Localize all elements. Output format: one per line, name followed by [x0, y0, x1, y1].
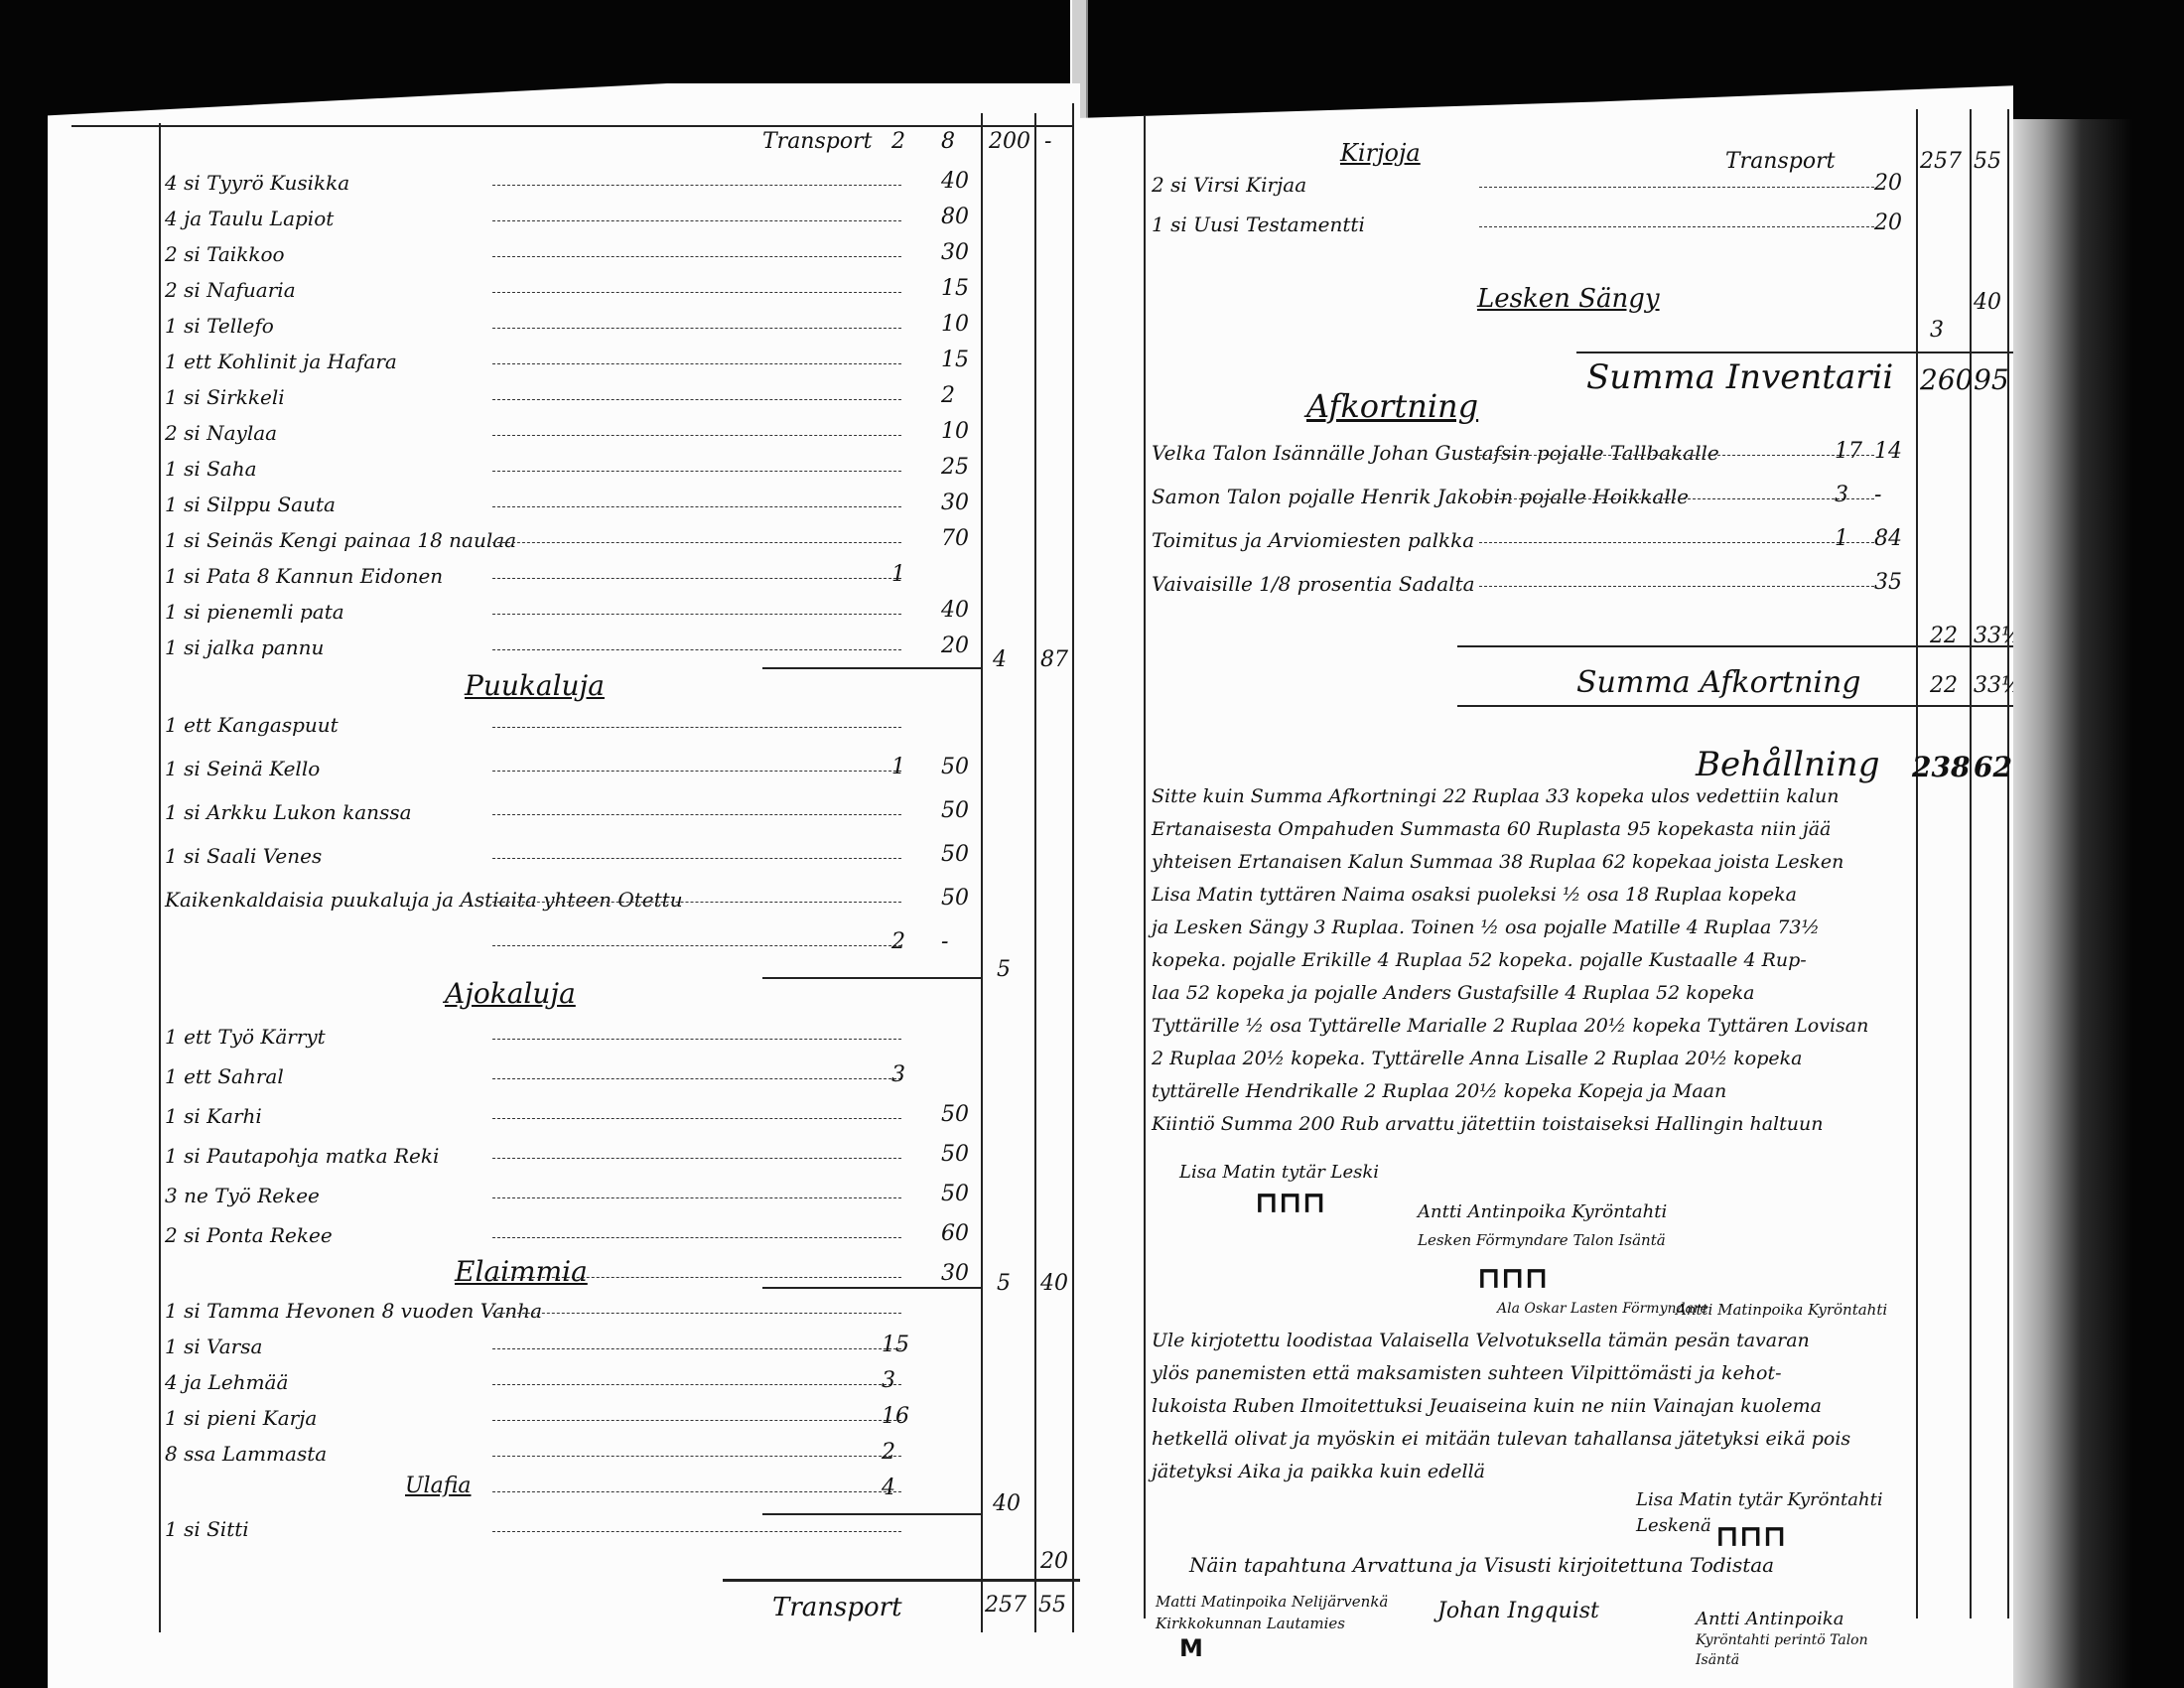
item-label: 4 si Tyyrö Kusikka [165, 171, 349, 195]
appraiser-1-line-1: Matti Matinpoika Nelijärvenkä [1156, 1593, 1388, 1611]
item-label: 1 ett Sahral [165, 1064, 284, 1088]
signature-guardian-1: Antti Antinpoika Kyröntahti [1418, 1201, 1667, 1222]
item-kop: - [941, 929, 948, 954]
item-label: Kaikenkaldaisia puukaluja ja Astiaita yh… [165, 888, 683, 912]
ledger-row: 2 si Ponta Rekee60 [165, 1219, 981, 1253]
leader-line [492, 1237, 901, 1238]
leader-line [492, 649, 901, 650]
item-kop: 2 [941, 383, 955, 408]
ledger-row: 4 si Tyyrö Kusikka40 [165, 167, 981, 201]
ledger-row: 1 si pieni Karja16 [165, 1402, 981, 1436]
section-heading-elaimmia: Elaimmia [455, 1255, 588, 1288]
item-label: 1 si Pata 8 Kannun Eidonen [165, 564, 443, 588]
text-line: Lisa Matin tyttären Naima osaksi puoleks… [1152, 879, 2005, 912]
margin-rule [159, 123, 161, 1632]
top-rule [71, 125, 1074, 127]
ledger-row: 2- [165, 927, 981, 961]
ledger-row: 2 si Virsi Kirjaa20 [1152, 169, 1914, 203]
item-rubla: 15 [882, 1333, 909, 1357]
summa-inventarii-rubla: 260 [1920, 363, 1973, 396]
page-edge-shadow [2013, 119, 2184, 1688]
subtotal-rule [762, 977, 981, 979]
section-heading-ulafia: Ulafia [405, 1474, 471, 1498]
leader-line [492, 771, 901, 772]
ledger-row: 1 ett Työ Kärryt [165, 1021, 981, 1055]
ledger-row: Kaikenkaldaisia puukaluja ja Astiaita yh… [165, 884, 981, 917]
ledger-row: 1 si Karhi50 [165, 1100, 981, 1134]
ledger-row: Vaivaisille 1/8 prosentia Sadalta35 [1152, 568, 1914, 602]
item-label: 1 ett Kohlinit ja Hafara [165, 350, 397, 373]
item-label: 1 si Tamma Hevonen 8 vuoden Vanha [165, 1299, 542, 1323]
item-label: 1 si Karhi [165, 1104, 262, 1128]
item-kop: 14 [1874, 439, 1902, 464]
cross-mark-widow: ⊓⊓⊓ [1255, 1186, 1326, 1220]
item-rubla: 4 [882, 1476, 895, 1500]
subtotal-rule [762, 667, 981, 669]
text-line: laa 52 kopeka ja pojalle Anders Gustafsi… [1152, 977, 2005, 1010]
leader-line [492, 858, 901, 859]
leader-line [492, 1348, 901, 1349]
leader-line [492, 185, 901, 186]
item-rubla: 3 [891, 1062, 905, 1087]
leader-line [492, 727, 901, 728]
item-label: 1 si pieni Karja [165, 1406, 317, 1430]
leader-line [492, 1420, 901, 1421]
item-label: Samon Talon pojalle Henrik Jakobin pojal… [1152, 485, 1689, 508]
item-label: 1 si Varsa [165, 1335, 262, 1358]
outer-rule [1072, 103, 1074, 1632]
books-subtotal-kop: 40 [1974, 290, 2001, 315]
text-line: Ertanaisesta Ompahuden Summasta 60 Rupla… [1152, 813, 2005, 846]
afkortning-heading: Afkortning [1306, 387, 1478, 425]
left-page: Transport 2 8 200 - 4 si Tyyrö Kusikka40… [48, 83, 1080, 1688]
ledger-row: 1 si Sitti [165, 1513, 981, 1547]
item-label: 2 si Virsi Kirjaa [1152, 173, 1306, 197]
leader-line [1479, 542, 1874, 543]
text-line: Sitte kuin Summa Afkortningi 22 Ruplaa 3… [1152, 780, 2005, 813]
ledger-row: 1 ett Kangaspuut [165, 709, 981, 743]
ledger-row: 1 si Uusi Testamentti20 [1152, 209, 1914, 242]
item-rubla: 3 [1835, 483, 1848, 507]
distribution-paragraph: Sitte kuin Summa Afkortningi 22 Ruplaa 3… [1152, 780, 2005, 1141]
leader-line [492, 292, 901, 293]
leader-line [492, 814, 901, 815]
leader-line [492, 1118, 901, 1119]
afkortning-subtotal-rubla: 22 [1930, 624, 1958, 648]
item-label: 1 si Silppu Sauta [165, 492, 336, 516]
item-kop: 10 [941, 312, 969, 337]
ledger-row: 1 si Seinäs Kengi painaa 18 naulaa70 [165, 524, 981, 558]
item-rubla: 2 [891, 929, 905, 954]
item-kop: 30 [941, 1261, 969, 1286]
kopek-column-rule [1034, 113, 1036, 1632]
leader-line [492, 328, 901, 329]
subtotal-2-rubla: 5 [997, 957, 1011, 982]
item-label: 8 ssa Lammasta [165, 1442, 327, 1466]
item-rubla: 2 [882, 1440, 895, 1465]
leader-line [492, 1197, 901, 1198]
ledger-row: 1 si jalka pannu20 [165, 632, 981, 665]
item-label: 4 ja Taulu Lapiot [165, 207, 334, 230]
margin-rule [1144, 109, 1146, 1618]
leader-line [492, 1078, 901, 1079]
leader-line [492, 1531, 901, 1532]
item-kop: 50 [941, 755, 969, 779]
total-rule [1457, 705, 2013, 707]
ledger-row: 1 si Silppu Sauta30 [165, 489, 981, 522]
item-label: Velka Talon Isännälle Johan Gustafsin po… [1152, 441, 1719, 465]
item-label: 1 ett Kangaspuut [165, 713, 339, 737]
item-label: 1 si pienemli pata [165, 600, 344, 624]
ledger-row: 1 si Varsa15 [165, 1331, 981, 1364]
item-label: Toimitus ja Arviomiesten palkka [1152, 528, 1474, 552]
ledger-row: 1 si Sirkkeli2 [165, 381, 981, 415]
leader-line [492, 945, 901, 946]
item-rubla: 1 [891, 562, 905, 587]
ledger-row: 1 si pienemli pata40 [165, 596, 981, 630]
item-label: 1 ett Työ Kärryt [165, 1025, 326, 1049]
item-kop: 50 [941, 1182, 969, 1206]
behallning-kop: 62 [1974, 751, 2012, 783]
item-label: Vaivaisille 1/8 prosentia Sadalta [1152, 572, 1475, 596]
item-rubla: 17 [1835, 439, 1862, 464]
ledger-row: 3 ne Työ Rekee50 [165, 1180, 981, 1213]
item-label: 3 ne Työ Rekee [165, 1184, 320, 1207]
text-line: 2 Ruplaa 20½ kopeka. Tyttärelle Anna Lis… [1152, 1043, 2005, 1075]
item-label: 1 si Sitti [165, 1517, 249, 1541]
item-label: 1 si Pautapohja matka Reki [165, 1144, 439, 1168]
clerk-signature: Johan Ingquist [1437, 1599, 1599, 1623]
summa-afkortning-label: Summa Afkortning [1576, 665, 1861, 700]
signature-widow: Lisa Matin tytär Leski [1179, 1162, 1379, 1183]
leader-line [492, 1384, 901, 1385]
ledger-row: 4 ja Taulu Lapiot80 [165, 203, 981, 236]
ledger-row: 2 si Nafuaria15 [165, 274, 981, 308]
text-line: Ule kirjotettu loodistaa Valaisella Velv… [1152, 1325, 2005, 1357]
leader-line [492, 506, 901, 507]
appraiser-1-line-2: Kirkkokunnan Lautamies [1156, 1615, 1345, 1632]
behallning-rubla: 238 [1912, 751, 1970, 783]
item-kop: 80 [941, 205, 969, 229]
transport-kop: 55 [1974, 149, 2001, 174]
item-kop: 30 [941, 240, 969, 265]
item-label: 1 si Saha [165, 457, 257, 481]
leader-line [492, 1456, 901, 1457]
outer-rule [2007, 109, 2009, 1618]
summa-inventarii-kop: 95 [1974, 363, 2009, 396]
summa-inventarii-label: Summa Inventarii [1586, 357, 1893, 397]
leader-line [492, 542, 901, 543]
text-line: tyttärelle Hendrikalle 2 Ruplaa 20½ kope… [1152, 1075, 2005, 1108]
item-label: 1 si Seinäs Kengi painaa 18 naulaa [165, 528, 516, 552]
leader-line [492, 578, 901, 579]
leader-line [492, 1313, 901, 1314]
item-label: 1 si jalka pannu [165, 635, 324, 659]
subtotal-4-rubla: 40 [993, 1491, 1021, 1516]
item-label: 2 si Taikkoo [165, 242, 285, 266]
ledger-row: 1 si Saali Venes50 [165, 840, 981, 874]
item-kop: 15 [941, 348, 969, 372]
right-page: Kirjoja Transport 257 55 2 si Virsi Kirj… [1080, 70, 2013, 1688]
item-label: 2 si Naylaa [165, 421, 277, 445]
ledger-row: 1 si Pautapohja matka Reki50 [165, 1140, 981, 1174]
item-kop: 40 [941, 598, 969, 623]
appraiser-2-line-1: Antti Antinpoika [1696, 1609, 1843, 1629]
ledger-row: Samon Talon pojalle Henrik Jakobin pojal… [1152, 481, 1914, 514]
ledger-row: 1 si Pata 8 Kannun Eidonen1 [165, 560, 981, 594]
item-rubla: 1 [891, 755, 905, 779]
item-kop: 84 [1874, 526, 1902, 551]
section-heading-kirjoja: Kirjoja [1340, 139, 1421, 167]
ledger-row: 1 si Seinä Kello150 [165, 753, 981, 786]
cross-mark-widow-2: ⊓⊓⊓ [1715, 1519, 1787, 1554]
item-kop: 70 [941, 526, 969, 551]
text-line: Tyttärille ½ osa Tyttärelle Marialle 2 R… [1152, 1010, 2005, 1043]
item-label: 2 si Nafuaria [165, 278, 296, 302]
item-label: 1 si Seinä Kello [165, 757, 320, 780]
behallning-label: Behållning [1696, 745, 1879, 784]
ledger-row: Toimitus ja Arviomiesten palkka184 [1152, 524, 1914, 558]
item-kop: 30 [941, 491, 969, 515]
text-line: ylös panemisten että maksamisten suhteen… [1152, 1357, 2005, 1390]
item-kop: 20 [941, 633, 969, 658]
leader-line [1479, 498, 1874, 499]
item-kop: 60 [941, 1221, 969, 1246]
section-heading-ajokaluja: Ajokaluja [445, 977, 576, 1010]
item-kop: 50 [941, 1142, 969, 1167]
ledger-row: 2 si Taikkoo30 [165, 238, 981, 272]
item-label: 4 ja Lehmää [165, 1370, 288, 1394]
rubla-column-rule [981, 113, 983, 1632]
leader-line [492, 256, 901, 257]
item-rubla: 3 [882, 1368, 895, 1393]
signature-guardian-2: Lesken Förmyndare Talon Isäntä [1418, 1231, 1666, 1249]
ledger-row: Velka Talon Isännälle Johan Gustafsin po… [1152, 437, 1914, 471]
item-label: 1 si Tellefo [165, 314, 274, 338]
summa-afkortning-rubla: 22 [1930, 673, 1958, 698]
leader-line [492, 614, 901, 615]
declaration-paragraph: Ule kirjotettu loodistaa Valaisella Velv… [1152, 1301, 2005, 1488]
ledger-row: 1 si Tellefo10 [165, 310, 981, 344]
subtotal-3-kop: 40 [1040, 1271, 1068, 1296]
leader-line [492, 363, 901, 364]
appraiser-2-line-2: Kyröntahti perintö Talon [1696, 1632, 1868, 1648]
widow-bed-rubla: 3 [1930, 318, 1944, 343]
item-kop: 20 [1874, 211, 1902, 235]
item-kop: 25 [941, 455, 969, 480]
item-label: 2 si Ponta Rekee [165, 1223, 333, 1247]
item-kop: 50 [941, 798, 969, 823]
item-kop: - [1874, 483, 1881, 507]
item-label: 1 si Saali Venes [165, 844, 322, 868]
item-kop: 40 [941, 169, 969, 194]
cross-mark-guardian: ⊓⊓⊓ [1477, 1261, 1549, 1296]
ledger-row: 1 si Arkku Lukon kanssa50 [165, 796, 981, 830]
item-label: 1 si Uusi Testamentti [1152, 212, 1365, 236]
ledger-row: 4 [165, 1474, 981, 1507]
signature-widow-2-line-2: Leskenä [1636, 1515, 1711, 1536]
leader-line [492, 1158, 901, 1159]
item-rubla: 16 [882, 1404, 909, 1429]
appraiser-1-mark: M [1179, 1634, 1203, 1662]
text-line: yhteisen Ertanaisen Kalun Summaa 38 Rupl… [1152, 846, 2005, 879]
ledger-row: 4 ja Lehmää3 [165, 1366, 981, 1400]
attestation-line: Näin tapahtuna Arvattuna ja Visusti kirj… [1189, 1553, 1774, 1577]
total-rule [1576, 352, 2013, 353]
ledger-row: 8 ssa Lammasta2 [165, 1438, 981, 1472]
text-line: lukoista Ruben Ilmoitettuksi Jeuaiseina … [1152, 1390, 2005, 1423]
text-line: hetkellä olivat ja myöskin ei mitään tul… [1152, 1423, 2005, 1456]
leader-line [492, 1039, 901, 1040]
leader-line [492, 471, 901, 472]
leader-line [1479, 187, 1874, 188]
ledger-row: 1 ett Kohlinit ja Hafara15 [165, 346, 981, 379]
leader-line [492, 435, 901, 436]
leader-line [1479, 455, 1874, 456]
text-line: kopeka. pojalle Erikille 4 Ruplaa 52 kop… [1152, 944, 2005, 977]
item-kop: 10 [941, 419, 969, 444]
subtotal-3-rubla: 5 [997, 1271, 1011, 1296]
item-kop: 15 [941, 276, 969, 301]
text-line: jätetyksi Aika ja paikka kuin edellä [1152, 1456, 2005, 1488]
subtotal-1-kop: 87 [1040, 647, 1068, 672]
appraiser-2-line-3: Isäntä [1696, 1652, 1739, 1668]
item-label: 1 si Arkku Lukon kanssa [165, 800, 412, 824]
ledger-row: 1 ett Sahral3 [165, 1060, 981, 1094]
item-kop: 35 [1874, 570, 1902, 595]
item-label: 1 si Sirkkeli [165, 385, 285, 409]
leader-line [492, 1491, 901, 1492]
leader-line [1479, 226, 1874, 227]
subtotal-rule [762, 1287, 981, 1289]
text-line: Kiintiö Summa 200 Rub arvattu jätettiin … [1152, 1108, 2005, 1141]
ledger-row: 2 si Naylaa10 [165, 417, 981, 451]
leader-line [1479, 586, 1874, 587]
item-rubla: 1 [1835, 526, 1848, 551]
item-kop: 20 [1874, 171, 1902, 196]
subtotal-1-rubla: 4 [993, 647, 1007, 672]
total-rule [723, 1579, 1080, 1582]
signature-widow-2-line-1: Lisa Matin tytär Kyröntahti [1636, 1489, 1883, 1510]
widow-bed-label: Lesken Sängy [1477, 284, 1660, 314]
text-line: ja Lesken Sängy 3 Ruplaa. Toinen ½ osa p… [1152, 912, 2005, 944]
section-heading-puukaluja: Puukaluja [465, 669, 605, 702]
transport-rubla: 257 [1920, 149, 1962, 174]
leader-line [492, 399, 901, 400]
ledger-row: 1 si Saha25 [165, 453, 981, 487]
ledger-row: 1 si Tamma Hevonen 8 vuoden Vanha [165, 1295, 981, 1329]
item-kop: 50 [941, 1102, 969, 1127]
leader-line [492, 902, 901, 903]
subtotal-5-kop: 20 [1040, 1549, 1068, 1574]
leader-line [492, 220, 901, 221]
item-kop: 50 [941, 842, 969, 867]
item-kop: 50 [941, 886, 969, 911]
